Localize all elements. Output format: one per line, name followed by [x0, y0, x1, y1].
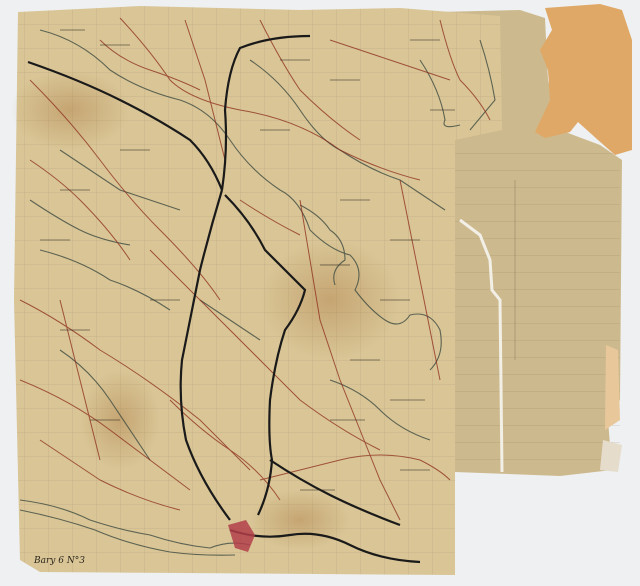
catalog-annotation: Bary 6 N°3	[34, 556, 85, 566]
main-map-sheet	[10, 6, 502, 575]
torn-edge-right-lower	[600, 440, 622, 472]
torn-edge-right	[605, 345, 620, 430]
historical-map	[0, 0, 640, 586]
torn-paper-patch	[535, 4, 632, 155]
